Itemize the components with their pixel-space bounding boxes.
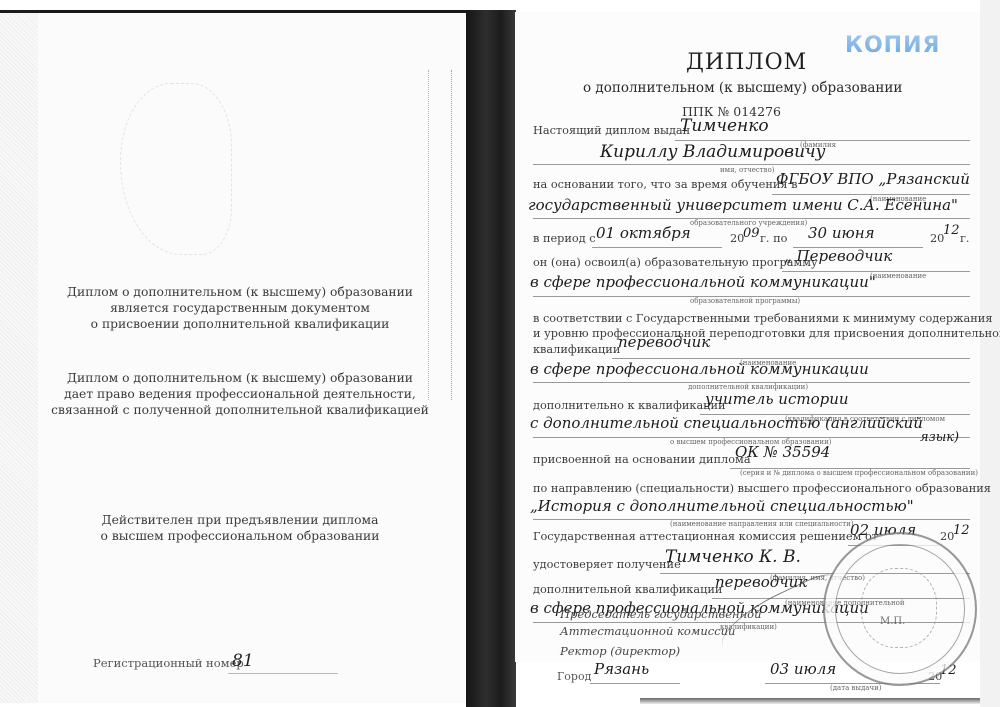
text-line: Действителен при предъявлении диплома <box>40 512 440 528</box>
field-caption: (наименование <box>870 272 926 280</box>
direction-value: „История с дополнительной специальностью… <box>530 497 914 515</box>
institution-value-line1: ФГБОУ ВПО „Рязанский <box>776 170 970 188</box>
scan-margin <box>980 0 1000 707</box>
issue-date-value: 03 июля <box>770 660 836 678</box>
rights-text: Диплом о дополнительном (к высшему) обра… <box>40 370 440 418</box>
registration-label: Регистрационный номер <box>93 656 244 670</box>
official-seal-icon: М.П. <box>823 532 977 686</box>
additional-value-line1: учитель истории <box>705 390 849 408</box>
qualification-label: квалификации <box>533 343 620 356</box>
field-caption: (дата выдачи) <box>830 684 882 692</box>
text-line: Председатель государственной <box>560 606 762 623</box>
text-line: о высшем профессиональном образовании <box>40 528 440 544</box>
institution-value-line2: государственный университет имени С.А. Е… <box>528 196 958 214</box>
year-suffix: г. <box>960 232 970 245</box>
text-line: связанной с полученной дополнительной кв… <box>40 402 440 418</box>
book-binding <box>466 10 516 707</box>
field-underline <box>592 247 722 248</box>
text-line: о присвоении дополнительной квалификации <box>40 316 440 332</box>
validity-text: Действителен при предъявлении диплома о … <box>40 512 440 544</box>
spine-binding-marks <box>428 70 452 400</box>
year-to-value: 12 <box>943 223 960 238</box>
field-caption: (серия и № диплома о высшем профессионал… <box>740 469 978 477</box>
diploma-title: ДИПЛОМ <box>686 50 807 75</box>
period-label: в период с <box>533 232 596 245</box>
qualification-value-line2: в сфере профессиональной коммуникации <box>530 360 869 378</box>
seal-mark: М.П. <box>880 616 905 627</box>
program-value-line2: в сфере профессиональной коммуникации" <box>530 273 876 291</box>
text-line: Диплом о дополнительном (к высшему) обра… <box>40 370 440 386</box>
period-from-value: 01 октября <box>596 224 691 242</box>
additional-value-line2b: язык) <box>920 430 959 445</box>
period-to-label: г. по <box>760 232 787 245</box>
program-value-line1: „ Переводчик <box>784 247 892 265</box>
field-underline <box>590 683 680 684</box>
surname-value: Тимченко <box>680 116 769 136</box>
period-to-value: 30 июня <box>808 224 875 242</box>
text-line: Диплом о дополнительном (к высшему) обра… <box>40 284 440 300</box>
basis-label: на основании того, что за время обучения… <box>533 178 797 191</box>
diploma-subtitle: о дополнительном (к высшему) образовании <box>583 80 902 96</box>
program-label: он (она) освоил(а) образовательную прогр… <box>533 256 818 269</box>
direction-label: по направлению (специальности) высшего п… <box>533 482 991 495</box>
issued-to-label: Настоящий диплом выдан <box>533 124 690 137</box>
legal-status-text: Диплом о дополнительном (к высшему) обра… <box>40 284 440 332</box>
page-edge-texture <box>0 13 38 703</box>
eagle-watermark-icon <box>120 83 232 255</box>
commission-label: Государственная аттестационная комиссия … <box>533 530 878 543</box>
registration-number: 81 <box>232 651 254 671</box>
city-label: Город <box>557 670 591 683</box>
requirements-text-line1: в соответствии с Государственными требов… <box>533 312 992 325</box>
text-line: дает право ведения профессиональной деят… <box>40 386 440 402</box>
diploma-basis-value: ОК № 35594 <box>735 443 830 461</box>
coat-of-arms-icon <box>861 568 937 648</box>
commission-year-value: 12 <box>953 523 970 538</box>
addq-label: дополнительной квалификации <box>533 583 722 596</box>
rector-label: Ректор (директор) <box>560 643 680 660</box>
diploma-basis-label: присвоенной на основании диплома <box>533 453 751 466</box>
city-value: Рязань <box>594 660 649 678</box>
certifies-label: удостоверяет получение <box>533 558 681 571</box>
copy-stamp: КОПИЯ <box>845 33 940 58</box>
year-from-value: 09 <box>743 226 760 241</box>
field-underline <box>533 164 970 165</box>
text-line: является государственным документом <box>40 300 440 316</box>
qualification-value-line1: переводчик <box>618 333 710 351</box>
requirements-text-line2: и уровню профессиональной переподготовки… <box>533 327 1000 340</box>
field-caption: (наименование направления или специально… <box>670 520 854 528</box>
certifies-value: Тимченко К. В. <box>665 547 801 567</box>
name-patronymic-value: Кириллу Владимировичу <box>600 142 825 162</box>
registration-underline <box>228 673 338 674</box>
diploma-left-page <box>0 10 470 703</box>
additional-label: дополнительно к квалификации <box>533 399 726 412</box>
page-shadow <box>640 698 980 704</box>
additional-value-line2: с дополнительной специальностью (английс… <box>530 414 923 432</box>
field-caption: образовательной программы) <box>690 297 800 305</box>
field-caption: имя, отчество) <box>720 166 775 174</box>
